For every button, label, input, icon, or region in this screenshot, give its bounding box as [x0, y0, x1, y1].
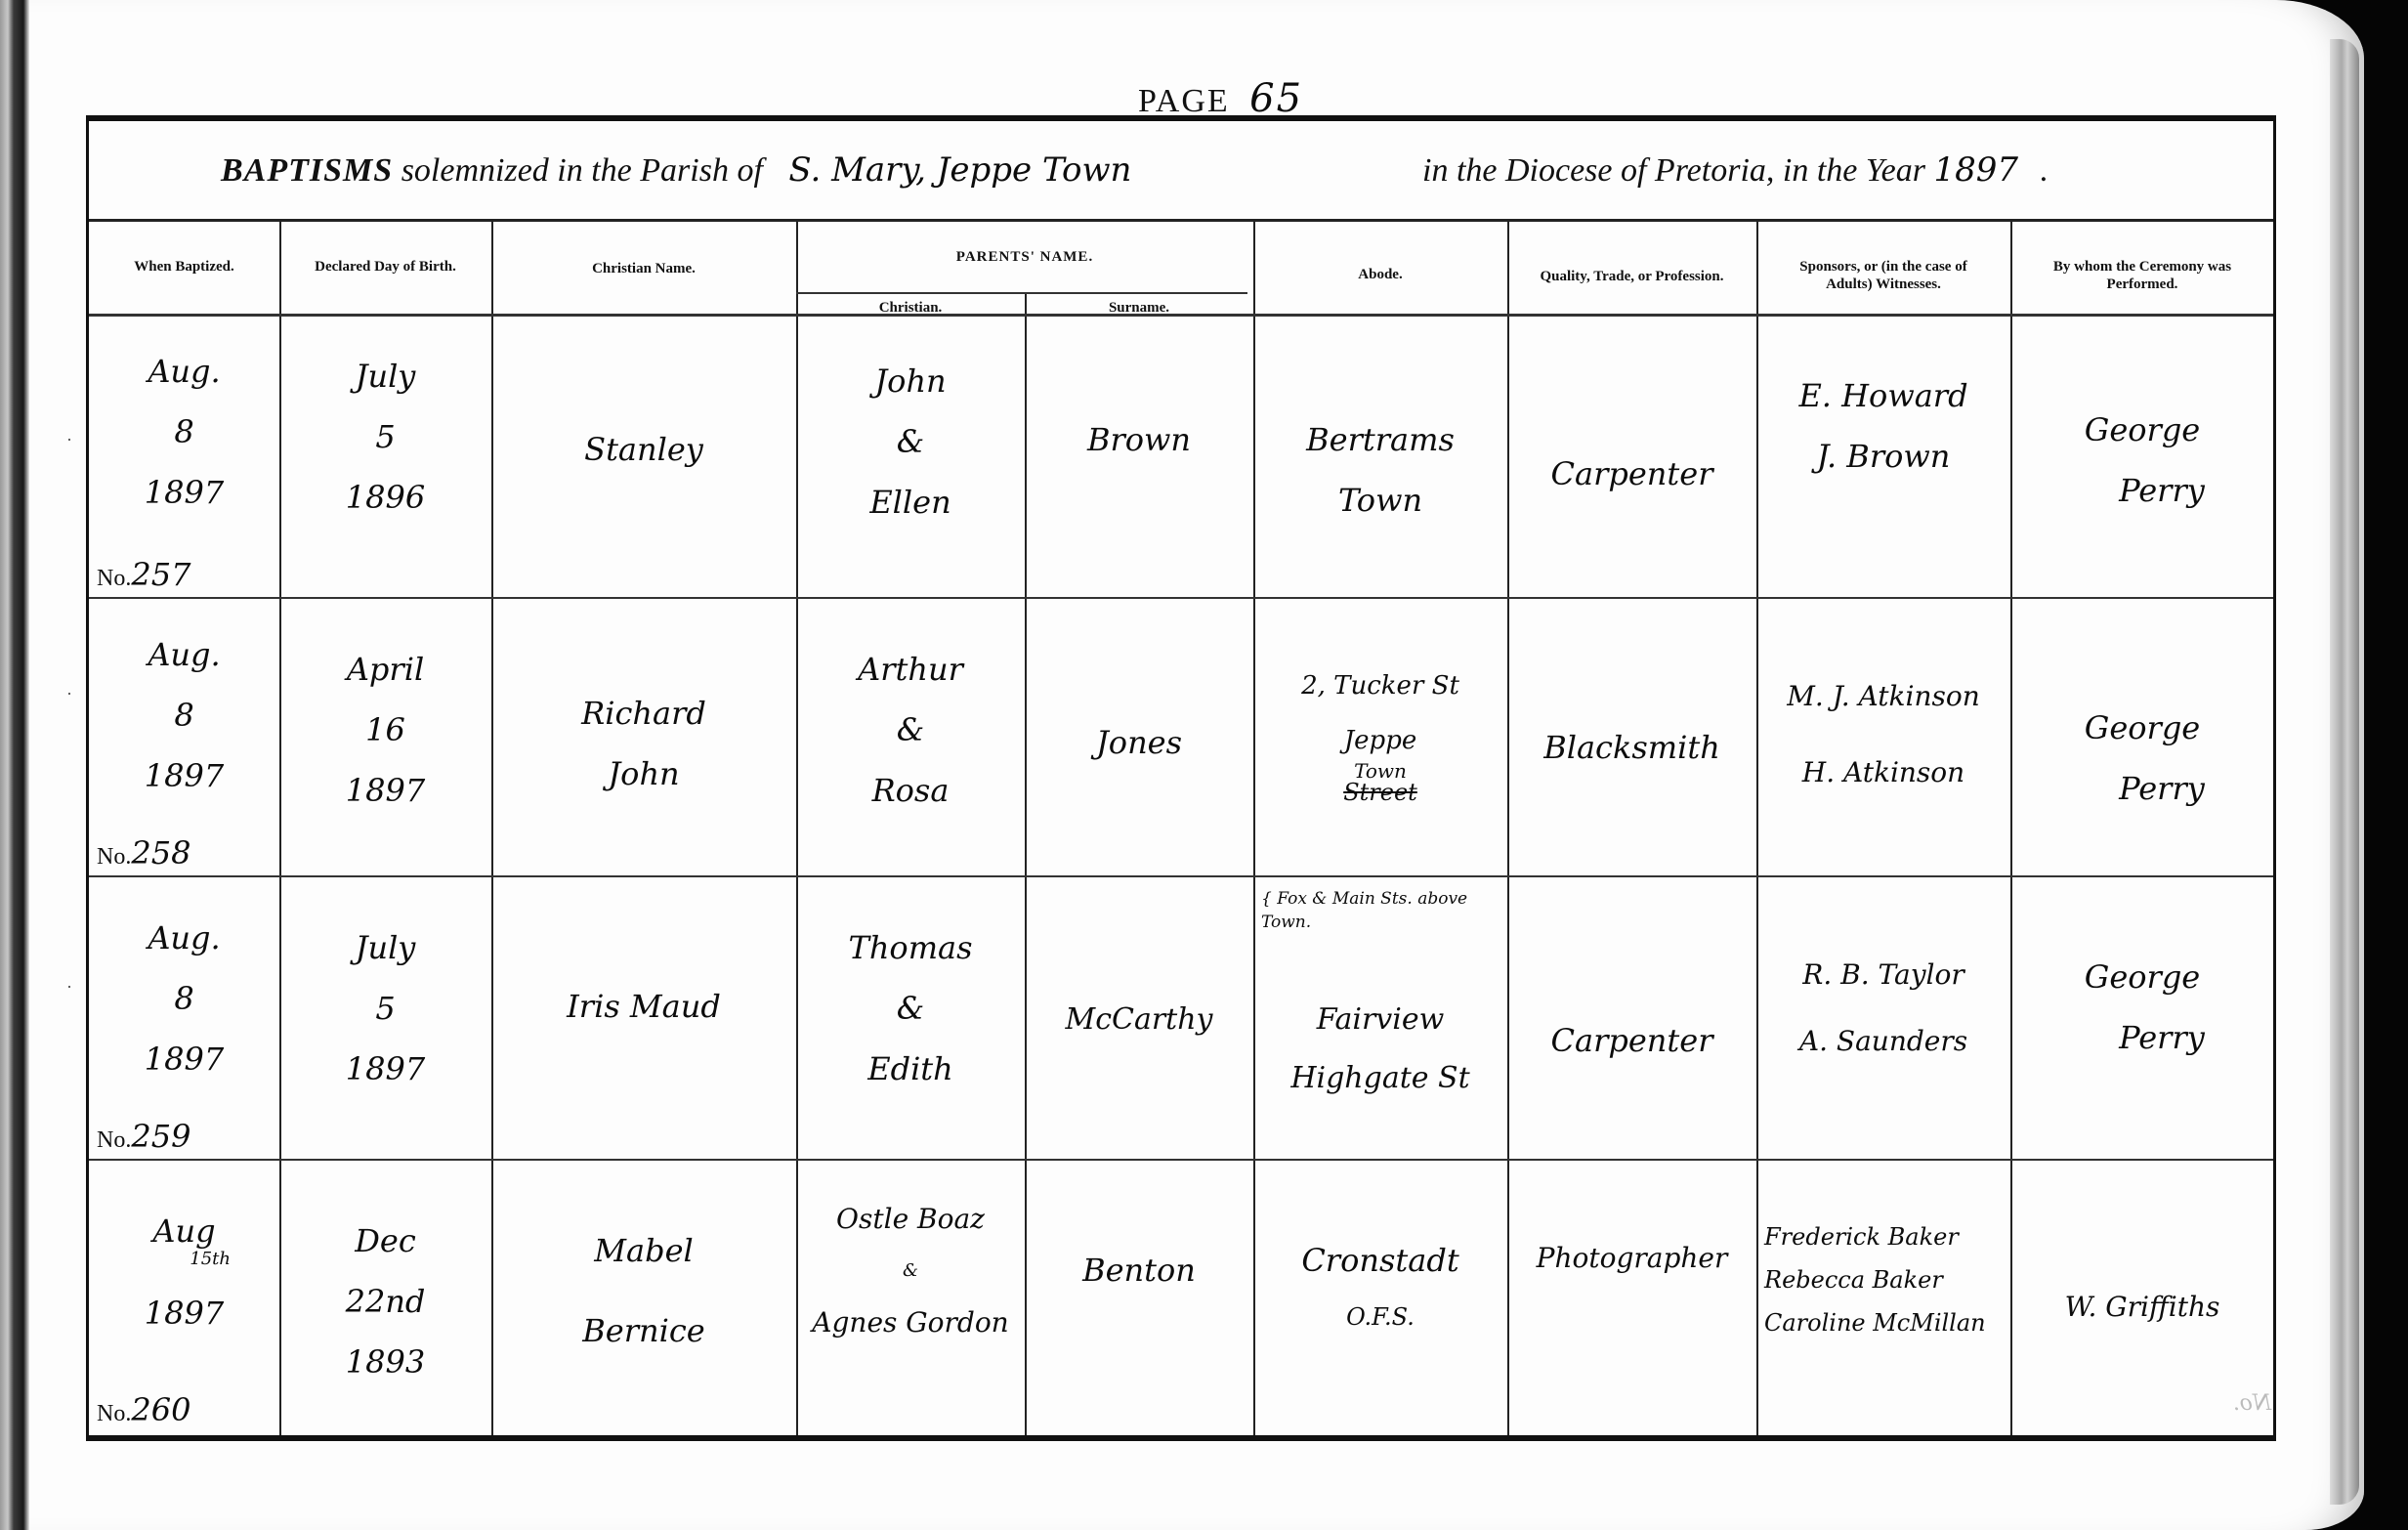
header-performed-line1: By whom the Ceremony was: [2010, 258, 2274, 276]
abode: Bertrams Town: [1253, 424, 1507, 545]
header-parents-surname: Surname.: [1025, 299, 1253, 317]
header-declared-birth: Declared Day of Birth.: [279, 258, 491, 276]
trade: Carpenter: [1507, 1025, 1756, 1056]
parents-surname: McCarthy: [1025, 1005, 1253, 1035]
trade: Blacksmith: [1507, 732, 1756, 763]
trade: Carpenter: [1507, 458, 1756, 489]
parish-name: S. Mary, Jeppe Town: [788, 150, 1131, 190]
abode-note: { Fox & Main Sts. above Town.: [1261, 888, 1505, 935]
title-prefix: solemnized in the Parish of: [401, 152, 763, 189]
parents-subheader-rule: [796, 292, 1247, 294]
title-band: BAPTISMS solemnized in the Parish of S. …: [89, 121, 2273, 222]
register-title-diocese: in the Diocese of Pretoria, in the Year …: [1422, 150, 2049, 190]
entry-number: No.257: [97, 556, 190, 593]
entry-number: No.260: [97, 1391, 190, 1428]
margin-tick: ·: [66, 977, 72, 998]
row-divider: [89, 875, 2273, 877]
header-sponsors: Sponsors, or (in the case of Adults) Wit…: [1756, 258, 2010, 293]
register-year: 1897: [1933, 150, 2018, 190]
header-quality: Quality, Trade, or Profession.: [1507, 268, 1756, 285]
sponsors: Frederick Baker Rebecca Baker Caroline M…: [1756, 1225, 2018, 1364]
officiant: George Perry: [2010, 414, 2274, 535]
page-label: PAGE: [1138, 83, 1230, 119]
officiant: W. Griffiths: [2010, 1294, 2274, 1350]
abode: Cronstadt O.F.S.: [1253, 1245, 1507, 1358]
christian-name: Richard John: [491, 698, 796, 819]
birth-date: July 5 1897: [279, 932, 491, 1114]
title-suffix: in the Diocese of Pretoria, in the Year: [1422, 152, 1925, 189]
parents-surname: Benton: [1025, 1254, 1253, 1286]
header-parents-christian: Christian.: [796, 299, 1025, 317]
sponsors: E. Howard J. Brown: [1756, 380, 2010, 501]
parents-christian-names: Ostle Boaz & Agnes Gordon: [796, 1206, 1025, 1366]
officiant: George Perry: [2010, 712, 2274, 833]
header-christian-name: Christian Name.: [491, 260, 796, 277]
sponsors: R. B. Taylor A. Saunders: [1756, 961, 2010, 1084]
birth-date: July 5 1896: [279, 361, 491, 542]
header-performed-line2: Performed.: [2010, 276, 2274, 293]
margin-tick: ·: [66, 684, 72, 704]
abode-struck-word: Street: [1253, 781, 1507, 804]
baptism-date: Aug. 8 1897: [89, 922, 279, 1104]
entry-number: No.258: [97, 834, 190, 871]
row-divider: [89, 597, 2273, 599]
birth-date: Dec 22nd 1893: [279, 1225, 491, 1407]
parents-surname: Jones: [1025, 727, 1253, 758]
christian-name: Stanley: [491, 434, 796, 494]
row-divider: [89, 1159, 2273, 1161]
page-curl-edge: [2330, 39, 2359, 1505]
header-when-baptized: When Baptized.: [89, 258, 279, 276]
header-performed-by: By whom the Ceremony was Performed.: [2010, 258, 2274, 293]
parents-christian-names: Arthur & Rosa: [796, 654, 1025, 835]
header-abode: Abode.: [1253, 266, 1507, 283]
header-parents-name: PARENTS' NAME.: [796, 248, 1253, 266]
register-title: BAPTISMS solemnized in the Parish of S. …: [221, 150, 1149, 190]
christian-name: Iris Maud: [491, 991, 796, 1051]
trade: Photographer: [1507, 1245, 1756, 1272]
header-sponsors-line2: Adults) Witnesses.: [1756, 276, 2010, 293]
book-binding-edge: [0, 0, 29, 1530]
parents-christian-names: John & Ellen: [796, 365, 1025, 547]
baptism-date: Aug 15th 1897: [89, 1215, 279, 1358]
christian-name: Mabel Bernice: [491, 1235, 796, 1376]
bleed-through-mark: No.: [2233, 1391, 2271, 1416]
parents-surname: Brown: [1025, 424, 1253, 455]
officiant: George Perry: [2010, 961, 2274, 1083]
birth-date: April 16 1897: [279, 654, 491, 835]
title-bold-word: BAPTISMS: [221, 152, 393, 189]
entry-number: No.259: [97, 1118, 190, 1155]
sponsors: M. J. Atkinson H. Atkinson: [1756, 683, 2010, 816]
abode: 2, Tucker St Jeppe Town Street: [1253, 673, 1507, 833]
title-end: .: [2041, 152, 2049, 189]
parents-christian-names: Thomas & Edith: [796, 932, 1025, 1114]
baptism-date: Aug. 8 1897: [89, 356, 279, 537]
baptism-register-table: BAPTISMS solemnized in the Parish of S. …: [86, 115, 2276, 1441]
margin-tick: ·: [66, 430, 72, 450]
header-sponsors-line1: Sponsors, or (in the case of: [1756, 258, 2010, 276]
baptism-date: Aug. 8 1897: [89, 639, 279, 821]
abode: Fairview Highgate St: [1253, 1005, 1507, 1123]
